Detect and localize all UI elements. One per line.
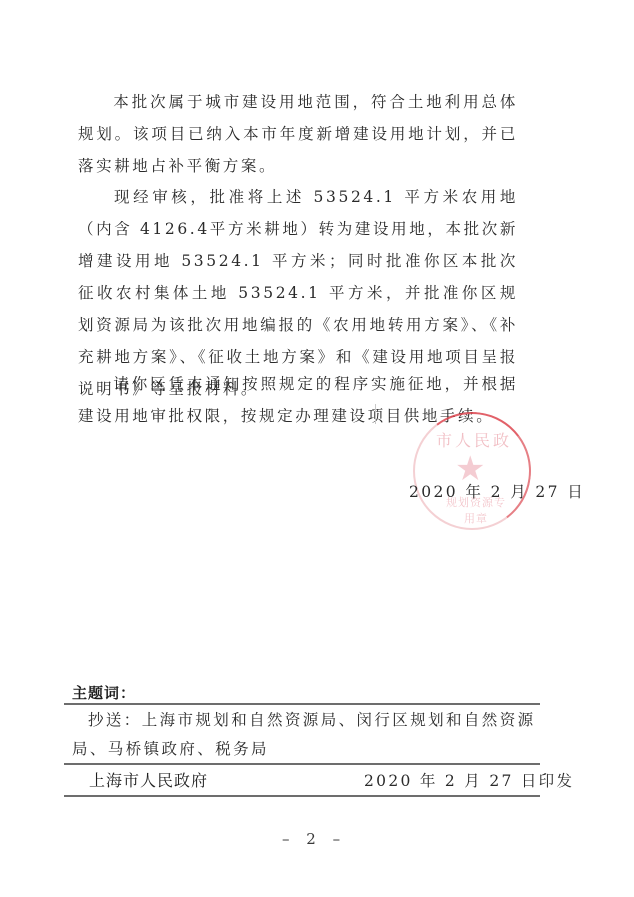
document-page: 本批次属于城市建设用地范围，符合土地利用总体规划。该项目已纳入本市年度新增建设用… (0, 0, 634, 897)
cc-text: 抄送：上海市规划和自然资源局、闵行区规划和自然资源局、马桥镇政府、税务局 (72, 711, 536, 758)
footer-divider-top (64, 703, 540, 705)
footer-divider-bottom (64, 795, 540, 797)
page-number: – 2 – (282, 830, 346, 848)
paragraph-text: 本批次属于城市建设用地范围，符合土地利用总体规划。该项目已纳入本市年度新增建设用… (78, 93, 518, 175)
issue-date: 2020 年 2 月 27 日印发 (364, 769, 574, 791)
official-seal-stamp: 市人民政 ★ 规划资源专用章 (413, 412, 531, 530)
paragraph-planning-compliance: 本批次属于城市建设用地范围，符合土地利用总体规划。该项目已纳入本市年度新增建设用… (78, 86, 518, 182)
signature-date: 2020 年 2 月 27 日 (409, 480, 585, 502)
topic-words-label: 主题词： (72, 682, 136, 703)
paragraph-text: 现经审核，批准将上述 53524.1 平方米农用地（内含 4126.4平方米耕地… (78, 188, 518, 398)
text-cursor-mark (375, 404, 376, 424)
seal-top-text: 市人民政 (429, 428, 519, 451)
footer-divider-middle (64, 763, 540, 765)
issuing-authority: 上海市人民政府 (89, 768, 208, 791)
carbon-copy-recipients: 抄送：上海市规划和自然资源局、闵行区规划和自然资源局、马桥镇政府、税务局 (72, 706, 542, 764)
